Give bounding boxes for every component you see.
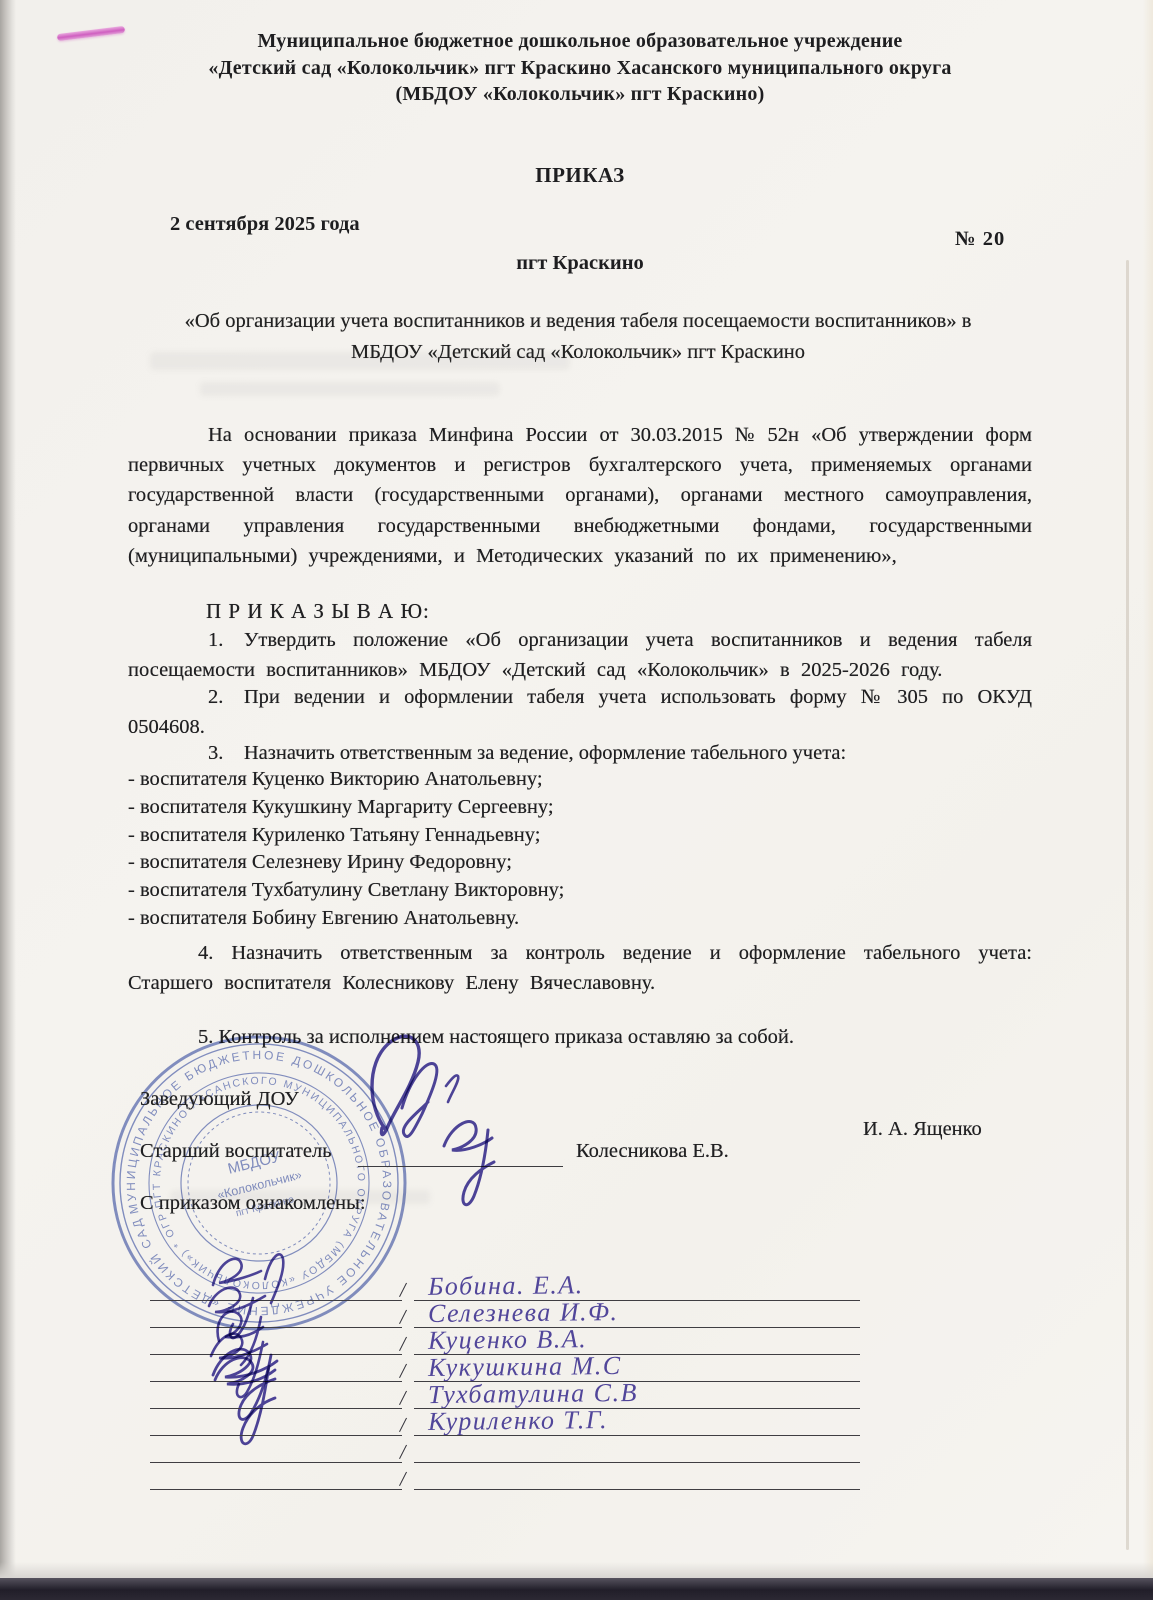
senior-signature (430, 1102, 540, 1212)
responsible-item: - воспитателя Куриленко Татьяну Геннадье… (128, 822, 1032, 850)
order-date: 2 сентября 2025 года (170, 213, 360, 236)
ack-heading: С приказом ознакомлены: (140, 1192, 366, 1215)
org-name-line1: Муниципальное бюджетное дошкольное образ… (70, 28, 1090, 55)
responsible-item: - воспитателя Бобину Евгению Анатольевну… (128, 905, 1032, 933)
order-number: № 20 (955, 228, 1005, 251)
ack-signature (205, 1340, 325, 1450)
ack-name: Куриленко Т.Г. (428, 1405, 608, 1437)
resolve-heading: П Р И К А З Ы В А Ю: (206, 596, 1110, 626)
page-fold-shadow (1126, 260, 1129, 1550)
scan-bottom-bar (0, 1578, 1153, 1600)
scan-right-edge (1143, 0, 1153, 1600)
responsible-list: - воспитателя Куценко Викторию Анатольев… (128, 766, 1032, 933)
responsible-item: - воспитателя Тухбатулину Светлану Викто… (128, 877, 1032, 905)
order-item-4: 4. Назначить ответственным за контроль в… (128, 938, 1032, 998)
ack-name-line (414, 1489, 860, 1490)
ack-row: / Куриленко Т.Г. (150, 1409, 860, 1436)
bleedthrough-smudge (200, 382, 500, 396)
scan-bottom-band (0, 1562, 1153, 1578)
order-item-3: 3. Назначить ответственным за ведение, о… (128, 738, 1032, 768)
scanned-order-document: Муниципальное бюджетное дошкольное образ… (0, 0, 1153, 1600)
director-role-label: Заведующий ДОУ (140, 1088, 299, 1111)
order-subject: «Об организации учета воспитанников и ве… (118, 306, 1038, 368)
senior-role-label: Старший воспитатель (140, 1140, 332, 1163)
order-item-2: 2. При ведении и оформлении табеля учета… (128, 682, 1032, 742)
order-place: пгт Краскино (70, 252, 1090, 275)
responsible-item: - воспитателя Кукушкину Маргариту Сергее… (128, 794, 1032, 822)
senior-name: Колесникова Е.В. (576, 1140, 729, 1163)
order-subject-line1: «Об организации учета воспитанников и ве… (118, 306, 1038, 337)
scan-left-edge (0, 0, 16, 1600)
responsible-item: - воспитателя Куценко Викторию Анатольев… (128, 766, 1032, 794)
preamble-paragraph: На основании приказа Минфина России от 3… (128, 420, 1032, 571)
order-subject-line2: МБДОУ «Детский сад «Колокольчик» пгт Кра… (118, 337, 1038, 368)
ack-signature-line (150, 1489, 402, 1490)
director-name: И. А. Ященко (863, 1118, 982, 1141)
org-header: Муниципальное бюджетное дошкольное образ… (70, 28, 1090, 108)
doc-type-title: ПРИКАЗ (70, 163, 1090, 188)
ack-row: / (150, 1436, 860, 1463)
org-name-line3: (МБДОУ «Колокольчик» пгт Краскино) (70, 81, 1090, 108)
org-name-line2: «Детский сад «Колокольчик» пгт Краскино … (70, 55, 1090, 82)
order-item-1: 1. Утвердить положение «Об организации у… (128, 625, 1032, 685)
responsible-item: - воспитателя Селезневу Ирину Федоровну; (128, 849, 1032, 877)
ack-row: / (150, 1463, 860, 1490)
